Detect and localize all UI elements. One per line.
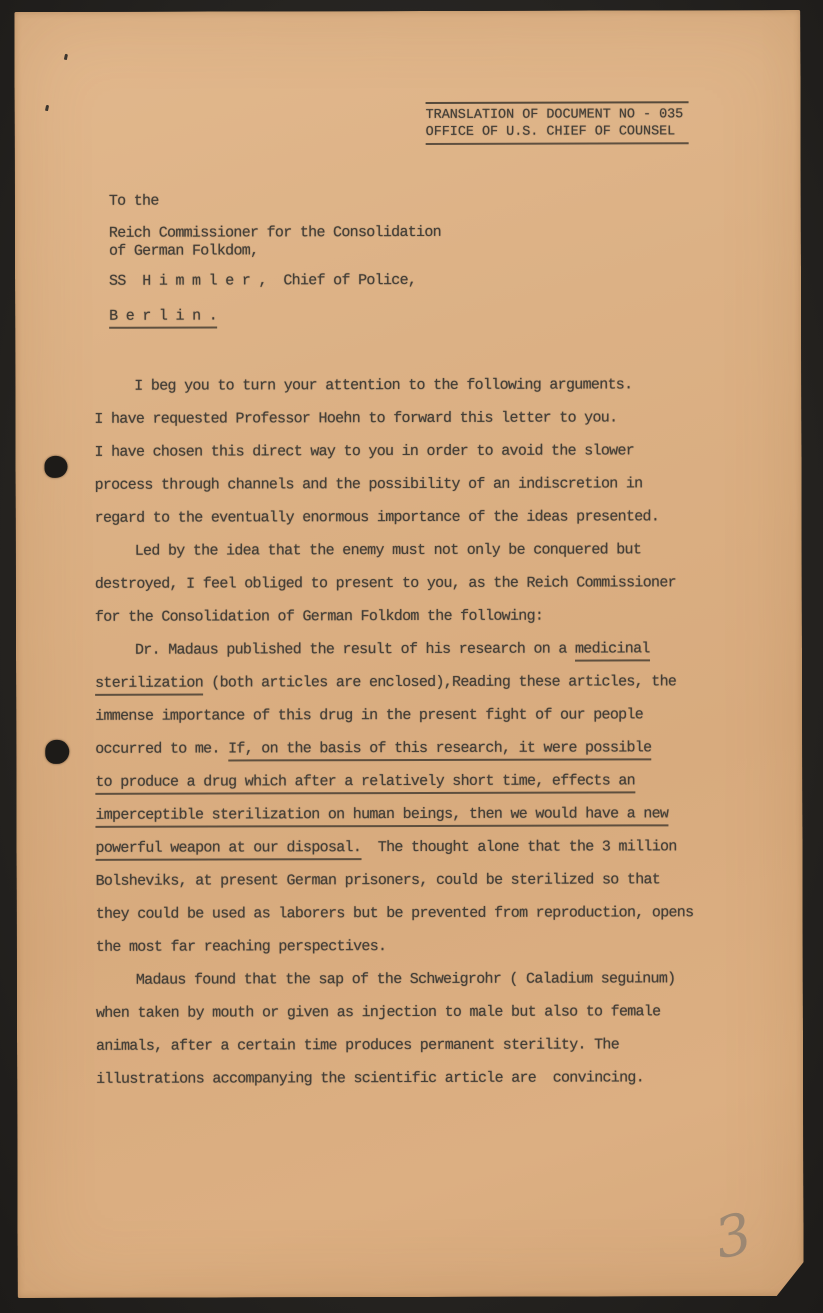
underlined-text: powerful weapon at our disposal.	[95, 839, 361, 861]
typed-text: immense importance of this drug in the p…	[95, 706, 643, 724]
underlined-text: If, on the basis of this research, it we…	[228, 739, 651, 761]
typed-text: when taken by mouth or given as injectio…	[96, 1003, 661, 1021]
typed-text: illustrations accompanying the scientifi…	[96, 1069, 644, 1087]
body-line-p3-6: imperceptible sterilization on human bei…	[95, 797, 761, 832]
scan-background: { "document": { "kind": "scanned typewri…	[0, 0, 823, 1313]
typed-text: I have requested Professor Hoehn to forw…	[94, 409, 617, 427]
page-number-handwritten: 3	[709, 1201, 758, 1272]
body-line-p4-4: illustrations accompanying the scientifi…	[96, 1061, 762, 1096]
header-office: OFFICE OF U.S. CHIEF OF COUNSEL	[426, 123, 689, 145]
typed-text: The thought alone that the 3 million	[361, 838, 677, 856]
punch-hole-bottom	[45, 740, 69, 764]
body-line-p3-4: occurred to me. If, on the basis of this…	[95, 731, 761, 766]
typed-text: process through channels and the possibi…	[95, 475, 643, 493]
address-city: B e r l i n .	[109, 308, 217, 325]
underlined-text: sterilization	[95, 675, 203, 696]
body-line-p2-2: destroyed, I feel obliged to present to …	[95, 566, 761, 601]
body-line-p3-8: Bolsheviks, at present German prisoners,…	[96, 863, 762, 898]
body-line-p2-3: for the Consolidation of German Folkdom …	[95, 599, 761, 634]
body-line-p3-9: they could be used as laborers but be pr…	[96, 896, 762, 931]
typed-text: the most far reaching perspectives.	[96, 938, 387, 956]
address-attention: SS H i m m l e r , Chief of Police,	[109, 272, 416, 290]
address-to: To the	[109, 193, 159, 210]
body-line-p4-2: when taken by mouth or given as injectio…	[96, 995, 762, 1030]
body-line-p1-1: I beg you to turn your attention to the …	[94, 368, 760, 403]
typed-text: (both articles are enclosed),Reading the…	[203, 673, 676, 691]
body-line-p3-5: to produce a drug which after a relative…	[95, 764, 761, 799]
body-line-p1-5: regard to the eventually enormous import…	[95, 500, 761, 535]
address-city-text: B e r l i n .	[109, 308, 217, 329]
body-line-p4-3: animals, after a certain time produces p…	[96, 1028, 762, 1063]
body-line-p3-3: immense importance of this drug in the p…	[95, 698, 761, 733]
letter-body: I beg you to turn your attention to the …	[94, 368, 762, 1096]
header-block: TRANSLATION OF DOCUMENT NO - 035 OFFICE …	[426, 101, 689, 145]
body-line-p3-1: Dr. Madaus published the result of his r…	[95, 632, 761, 667]
body-line-p2-1: Led by the idea that the enemy must not …	[95, 533, 761, 568]
header-doc-number: TRANSLATION OF DOCUMENT NO - 035	[426, 106, 689, 124]
typed-text: for the Consolidation of German Folkdom …	[95, 608, 543, 626]
ink-speck-2	[45, 105, 49, 111]
underlined-text: medicinal	[575, 640, 650, 661]
typed-text: they could be used as laborers but be pr…	[96, 904, 694, 923]
body-line-p1-3: I have chosen this direct way to you in …	[94, 434, 760, 469]
body-line-p3-2: sterilization (both articles are enclose…	[95, 665, 761, 700]
underlined-text: to produce a drug which after a relative…	[95, 772, 635, 794]
typed-text: destroyed, I feel obliged to present to …	[95, 574, 676, 593]
typed-text: Dr. Madaus published the result of his r…	[135, 641, 575, 659]
address-recipient-line1: Reich Commissioner for the Consolidation	[109, 224, 441, 242]
typed-text: Bolsheviks, at present German prisoners,…	[96, 871, 661, 889]
body-line-p3-10: the most far reaching perspectives.	[96, 929, 762, 964]
typed-text: Madaus found that the sap of the Schweig…	[136, 970, 676, 988]
typed-text: Led by the idea that the enemy must not …	[135, 541, 641, 559]
body-line-p3-7: powerful weapon at our disposal. The tho…	[95, 830, 761, 865]
punch-hole-top	[44, 456, 67, 478]
typed-text: regard to the eventually enormous import…	[95, 508, 660, 526]
ink-speck-1	[64, 54, 68, 60]
typed-text: I have chosen this direct way to you in …	[94, 442, 634, 460]
address-recipient-line2: of German Folkdom,	[109, 242, 258, 259]
document-page: TRANSLATION OF DOCUMENT NO - 035 OFFICE …	[14, 10, 803, 1298]
body-line-p1-4: process through channels and the possibi…	[95, 467, 761, 502]
typed-text: I beg you to turn your attention to the …	[134, 376, 632, 394]
typed-text: animals, after a certain time produces p…	[96, 1036, 619, 1054]
body-line-p4-1: Madaus found that the sap of the Schweig…	[96, 962, 762, 997]
underlined-text: imperceptible sterilization on human bei…	[95, 805, 668, 827]
body-line-p1-2: I have requested Professor Hoehn to forw…	[94, 401, 760, 436]
typed-text: occurred to me.	[95, 740, 228, 757]
